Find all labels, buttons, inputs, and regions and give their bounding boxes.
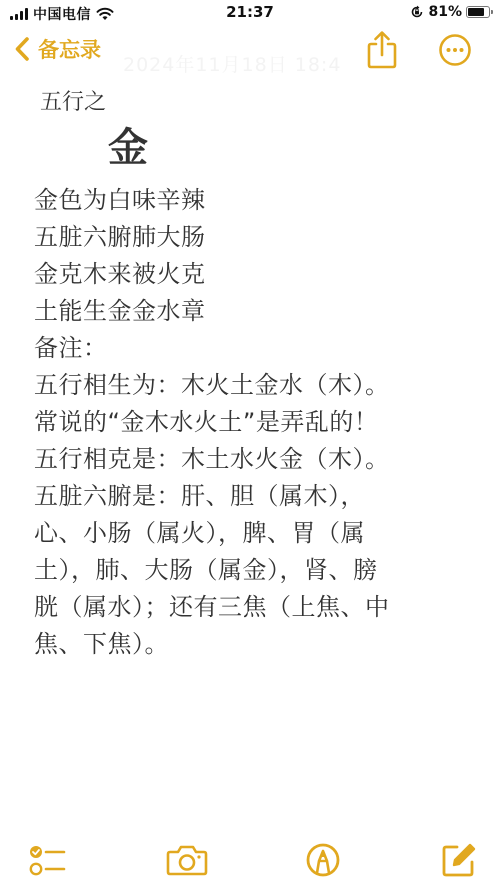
share-button[interactable] [366, 30, 398, 74]
note-line: 胱（属水）；还有三焦（上焦、中 [34, 589, 474, 626]
note-line: 五脏六腑是：肝、胆（属木）， [34, 478, 474, 515]
nav-bar: 2024年11月18日 18:4 备忘录 [0, 26, 500, 76]
more-button[interactable] [438, 33, 472, 71]
battery-percent: 81% [428, 4, 462, 20]
camera-button[interactable] [166, 843, 208, 881]
note-title: 金 [108, 120, 474, 176]
chevron-left-icon [14, 36, 30, 62]
orientation-lock-icon [410, 5, 424, 19]
note-line: 金色为白味辛辣 [34, 182, 474, 219]
compose-button[interactable] [440, 841, 478, 883]
checklist-button[interactable] [28, 842, 68, 882]
note-line: 五行相生为：木火土金水（木）。 [34, 367, 474, 404]
note-heading: 五行之 [40, 86, 474, 120]
status-bar: 中国电信 21:37 81% [0, 0, 500, 26]
note-date-faded: 2024年11月18日 18:4 [123, 50, 341, 77]
more-icon [438, 33, 472, 67]
note-line: 五行相克是：木土水火金（木）。 [34, 441, 474, 478]
pen-tip-icon [305, 842, 341, 878]
camera-icon [166, 843, 208, 877]
note-line: 常说的“金木水火土”是弄乱的！ [34, 404, 474, 441]
note-line: 心、小肠（属火），脾、胃（属 [34, 515, 474, 552]
markup-button[interactable] [305, 842, 341, 882]
note-line: 土），肺、大肠（属金），肾、膀 [34, 552, 474, 589]
note-line: 土能生金金水章 [34, 293, 474, 330]
checklist-icon [28, 842, 68, 878]
compose-icon [440, 841, 478, 879]
status-right: 81% [410, 4, 490, 20]
share-icon [366, 30, 398, 70]
battery-icon [466, 6, 490, 18]
note-body[interactable]: 五行之 金 金色为白味辛辣 五脏六腑肺大肠 金克木来被火克 土能生金金水章 备注… [34, 86, 474, 663]
note-remarks: 五行相生为：木火土金水（木）。 常说的“金木水火土”是弄乱的！ 五行相克是：木土… [34, 367, 474, 663]
note-line: 焦、下焦）。 [34, 626, 474, 663]
note-line: 五脏六腑肺大肠 [34, 219, 474, 256]
back-button[interactable]: 备忘录 [14, 34, 101, 64]
note-line: 备注： [34, 330, 474, 367]
back-label: 备忘录 [38, 34, 101, 64]
note-line: 金克木来被火克 [34, 256, 474, 293]
note-verse: 金色为白味辛辣 五脏六腑肺大肠 金克木来被火克 土能生金金水章 备注： [34, 182, 474, 367]
bottom-toolbar [0, 819, 500, 889]
